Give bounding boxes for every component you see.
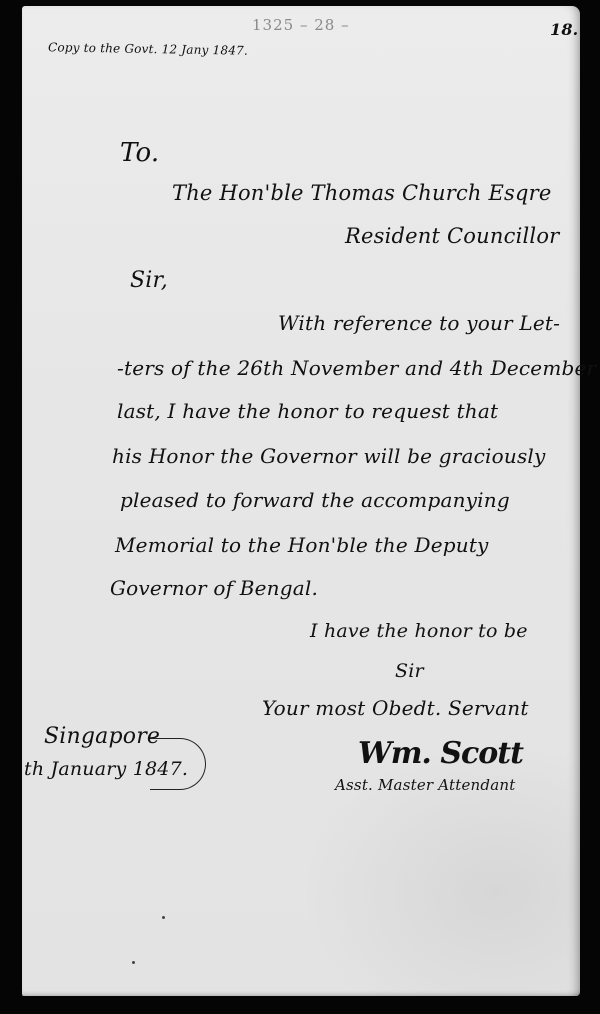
salutation: Sir, <box>130 268 168 293</box>
marginal-note: Copy to the Govt. 12 Jany 1847. <box>48 40 248 57</box>
manuscript-page: 1325 – 28 – Copy to the Govt. 12 Jany 18… <box>22 6 580 996</box>
body-line: -ters of the 26th November and 4th Decem… <box>117 356 596 380</box>
addressee-title: Resident Councillor <box>345 224 559 248</box>
signatory-title: Asst. Master Attendant <box>335 776 515 794</box>
folio-number: 18. <box>550 20 578 39</box>
address-to: To. <box>120 138 159 168</box>
paper-speck <box>162 916 165 919</box>
paper-speck <box>132 961 135 964</box>
body-line: pleased to forward the accompanying <box>120 488 510 512</box>
signature: Wm. Scott <box>358 736 523 771</box>
body-line: Governor of Bengal. <box>110 576 318 600</box>
closing-line: I have the honor to be <box>310 620 528 642</box>
body-line: his Honor the Governor will be graciousl… <box>112 444 546 468</box>
body-line: With reference to your Let- <box>278 311 560 335</box>
archive-reference-number: 1325 – 28 – <box>252 16 350 34</box>
place-of-writing: Singapore <box>44 724 160 749</box>
closing-sir: Sir <box>395 660 424 682</box>
body-line: last, I have the honor to request that <box>117 399 498 423</box>
closing-servant: Your most Obedt. Servant <box>262 696 529 720</box>
addressee-name: The Hon'ble Thomas Church Esqre <box>172 181 552 205</box>
date-flourish <box>150 738 206 790</box>
body-line: Memorial to the Hon'ble the Deputy <box>115 533 489 557</box>
